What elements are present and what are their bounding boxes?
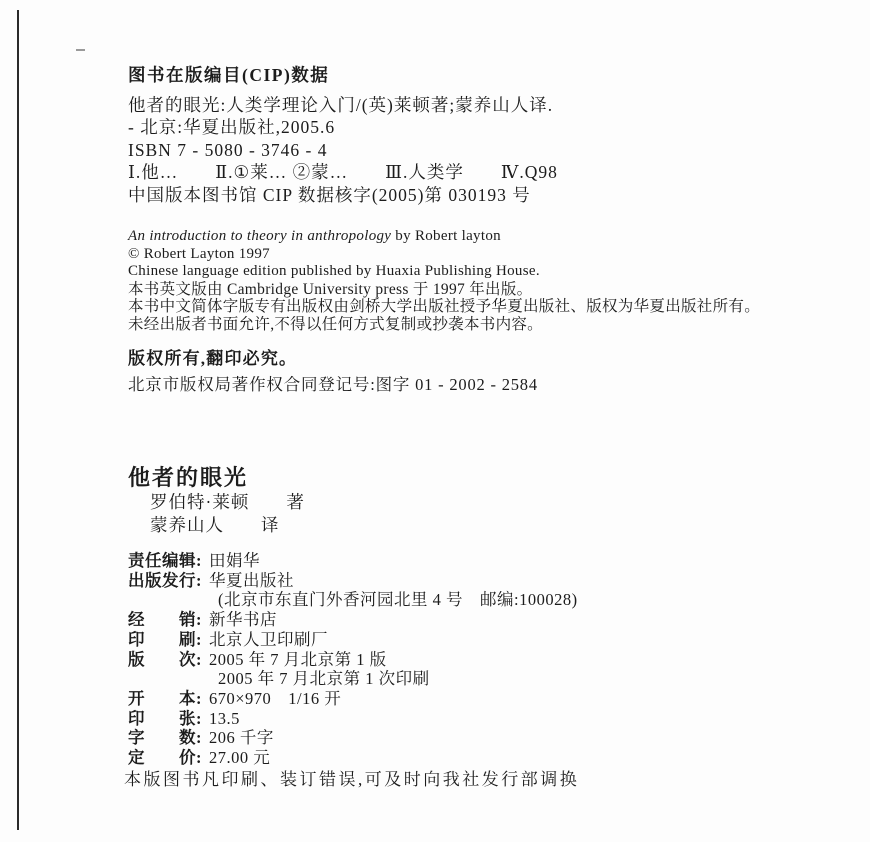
- colophon-value: 206 千字: [209, 728, 274, 747]
- english-copyright-block: An introduction to theory in anthropolog…: [128, 228, 760, 334]
- contract-registration-line: 北京市版权局著作权合同登记号:图字 01 - 2002 - 2584: [128, 371, 538, 395]
- colophon-label: 版 次:: [128, 650, 202, 670]
- colophon-label: 印 刷:: [128, 630, 202, 650]
- rights-grant-note: 本书中文简体字版专有出版权由剑桥大学出版社授予华夏出版社、版权为华夏出版社所有。: [128, 298, 760, 316]
- publisher-address-line: (北京市东直门外香河园北里 4 号 邮编:100028): [218, 590, 578, 610]
- printing-run-line: 2005 年 7 月北京第 1 次印刷: [218, 669, 578, 689]
- colophon-value: 田娟华: [209, 551, 260, 570]
- copyright-year-line: © Robert Layton 1997: [128, 246, 760, 264]
- colophon-row-wordcount: 字 数:206 千字: [128, 728, 578, 748]
- colophon-label: 出版发行:: [128, 571, 202, 591]
- chinese-edition-line: Chinese language edition published by Hu…: [128, 263, 760, 281]
- colophon-label: 责任编辑:: [128, 551, 202, 571]
- colophon-value: 2005 年 7 月北京第 1 版: [209, 650, 387, 669]
- defect-exchange-note: 本版图书凡印刷、装订错误,可及时向我社发行部调换: [124, 765, 579, 790]
- all-rights-reserved-line: 版权所有,翻印必究。: [128, 344, 297, 369]
- original-title-author: by Robert layton: [391, 228, 501, 244]
- colophon-row-sheets: 印 张:13.5: [128, 709, 578, 729]
- cip-classification-line: Ⅰ.他… Ⅱ.①莱… ②蒙… Ⅲ.人类学 Ⅳ.Q98: [128, 161, 558, 184]
- colophon-label: 开 本:: [128, 689, 202, 709]
- colophon-value: 670×970 1/16 开: [209, 689, 341, 708]
- colophon-row-editor: 责任编辑:田娟华: [128, 551, 578, 571]
- scan-dash-artifact: [76, 49, 85, 51]
- title-block: 他者的眼光 罗伯特·莱顿 著 蒙养山人 译: [128, 464, 305, 537]
- colophon-block: 责任编辑:田娟华 出版发行:华夏出版社 (北京市东直门外香河园北里 4 号 邮编…: [128, 551, 578, 768]
- colophon-value: 新华书店: [209, 610, 277, 629]
- cip-isbn-line: ISBN 7 - 5080 - 3746 - 4: [128, 139, 558, 162]
- book-copyright-page: 图书在版编目(CIP)数据 他者的眼光:人类学理论入门/(英)莱顿著;蒙养山人译…: [0, 0, 870, 842]
- colophon-row-format: 开 本:670×970 1/16 开: [128, 689, 578, 709]
- cip-header: 图书在版编目(CIP)数据: [128, 64, 558, 87]
- colophon-row-edition: 版 次:2005 年 7 月北京第 1 版: [128, 650, 578, 670]
- colophon-value: 13.5: [209, 709, 240, 728]
- colophon-row-publisher: 出版发行:华夏出版社: [128, 571, 578, 591]
- cip-data-block: 图书在版编目(CIP)数据 他者的眼光:人类学理论入门/(英)莱顿著;蒙养山人译…: [128, 64, 558, 206]
- english-edition-note: 本书英文版由 Cambridge University press 于 1997…: [128, 281, 760, 299]
- original-title-line: An introduction to theory in anthropolog…: [128, 228, 760, 246]
- author-line: 罗伯特·莱顿 著: [150, 491, 305, 514]
- cip-record-number-line: 中国版本图书馆 CIP 数据核字(2005)第 030193 号: [128, 184, 558, 207]
- colophon-label: 经 销:: [128, 610, 202, 630]
- colophon-label: 字 数:: [128, 728, 202, 748]
- page-left-edge-line: [17, 10, 19, 830]
- colophon-row-distributor: 经 销:新华书店: [128, 610, 578, 630]
- translator-line: 蒙养山人 译: [150, 514, 305, 537]
- book-title: 他者的眼光: [128, 464, 305, 491]
- colophon-row-printer: 印 刷:北京人卫印刷厂: [128, 630, 578, 650]
- cip-publisher-line: - 北京:华夏出版社,2005.6: [128, 116, 558, 139]
- colophon-label: 印 张:: [128, 709, 202, 729]
- colophon-value: 北京人卫印刷厂: [209, 630, 328, 649]
- no-copy-note: 未经出版者书面允许,不得以任何方式复制或抄袭本书内容。: [128, 316, 760, 334]
- cip-title-line: 他者的眼光:人类学理论入门/(英)莱顿著;蒙养山人译.: [128, 94, 558, 117]
- original-title-italic: An introduction to theory in anthropolog…: [128, 228, 391, 244]
- colophon-value: 华夏出版社: [209, 571, 294, 590]
